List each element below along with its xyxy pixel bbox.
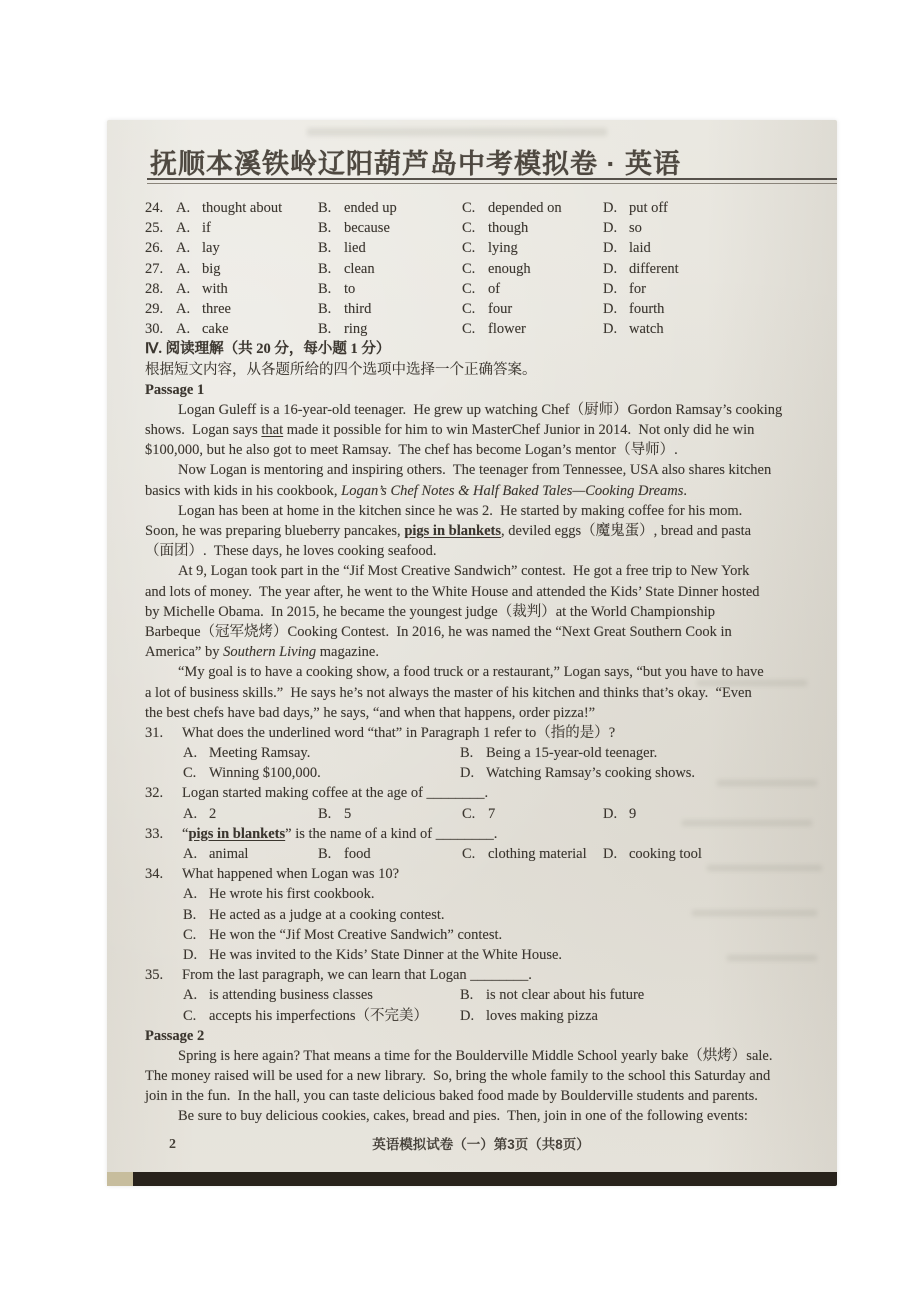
option-cell: C.accepts his imperfections（不完美）	[183, 1006, 460, 1026]
option-letter: B.	[318, 299, 344, 319]
option-letter: C.	[462, 259, 488, 279]
option-cell: A.big	[176, 259, 318, 279]
option-cell: D.laid	[603, 238, 651, 258]
option-letter: A.	[176, 218, 202, 238]
option-cell: A.lay	[176, 238, 318, 258]
option-letter: A.	[183, 804, 209, 824]
option-text: is not clear about his future	[486, 987, 644, 1003]
option-cell: C.lying	[462, 238, 603, 258]
option-letter: D.	[460, 1006, 486, 1026]
question-options-row: A.animalB.foodC.clothing materialD.cooki…	[145, 844, 817, 864]
option-text: He acted as a judge at a cooking contest…	[209, 907, 445, 923]
option-cell: C.depended on	[462, 198, 603, 218]
option-letter: C.	[462, 218, 488, 238]
cloze-row: 25.A.ifB.becauseC.thoughD.so	[145, 218, 817, 238]
page-footer: 2 英语模拟试卷（一）第3页（共8页）	[145, 1135, 817, 1155]
cloze-options-block: 24.A.thought aboutB.ended upC.depended o…	[145, 198, 817, 339]
option-letter: B.	[318, 259, 344, 279]
option-letter: B.	[318, 844, 344, 864]
option-cell: C.of	[462, 279, 603, 299]
option-cell: B.ring	[318, 319, 462, 339]
option-text: with	[202, 281, 228, 297]
question-options-row: C.Winning $100,000.D.Watching Ramsay’s c…	[145, 763, 817, 783]
option-letter: B.	[460, 743, 486, 763]
option-text: food	[344, 846, 371, 862]
passage-line: America” by Southern Living magazine.	[145, 642, 817, 662]
passage1-text: Logan Guleff is a 16-year-old teenager. …	[145, 400, 817, 723]
option-text: depended on	[488, 200, 562, 216]
cloze-row: 30.A.cakeB.ringC.flowerD.watch	[145, 319, 817, 339]
option-letter: D.	[603, 259, 629, 279]
option-letter: A.	[176, 198, 202, 218]
option-text: of	[488, 281, 500, 297]
option-text: cake	[202, 321, 229, 337]
option-letter: D.	[603, 319, 629, 339]
option-letter: B.	[318, 198, 344, 218]
option-text: third	[344, 301, 371, 317]
option-letter: B.	[318, 804, 344, 824]
option-cell: B.food	[318, 844, 462, 864]
section-instruction: 根据短文内容，从各题所给的四个选项中选择一个正确答案。	[145, 360, 817, 380]
option-text: four	[488, 301, 512, 317]
option-letter: C.	[462, 279, 488, 299]
option-text: 9	[629, 806, 636, 822]
passage-line: $100,000, but he also got to meet Ramsay…	[145, 440, 817, 460]
option-cell: D.loves making pizza	[460, 1006, 598, 1026]
option-cell: A.Meeting Ramsay.	[183, 743, 460, 763]
option-letter: A.	[176, 238, 202, 258]
option-cell: A.three	[176, 299, 318, 319]
passage-line: a lot of business skills.” He says he’s …	[145, 683, 817, 703]
sheet-body: 24.A.thought aboutB.ended upC.depended o…	[145, 198, 817, 1127]
option-text: cooking tool	[629, 846, 702, 862]
question-number: 24.	[145, 198, 176, 218]
bleed-through-smudge	[307, 128, 607, 136]
option-text: Meeting Ramsay.	[209, 745, 310, 761]
passage-line: At 9, Logan took part in the “Jif Most C…	[145, 561, 817, 581]
passage-line: The money raised will be used for a new …	[145, 1066, 817, 1086]
question-number: 33.	[145, 824, 182, 844]
title-divider-rule	[147, 178, 837, 184]
passage1-label: Passage 1	[145, 380, 817, 400]
footer-caption: 英语模拟试卷（一）第3页（共8页）	[145, 1135, 817, 1155]
question-option-row: A.He wrote his first cookbook.	[145, 884, 817, 904]
option-letter: A.	[183, 743, 209, 763]
option-cell: B.lied	[318, 238, 462, 258]
italic-text: Logan’s Chef Notes & Half Baked Tales—Co…	[341, 483, 683, 499]
question-number: 28.	[145, 279, 176, 299]
option-cell: D.Watching Ramsay’s cooking shows.	[460, 763, 695, 783]
table-edge-chip	[107, 1172, 133, 1186]
option-text: different	[629, 261, 679, 277]
passage-line: by Michelle Obama. In 2015, he became th…	[145, 602, 817, 622]
option-cell: D.put off	[603, 198, 668, 218]
question-number: 30.	[145, 319, 176, 339]
option-letter: A.	[176, 279, 202, 299]
option-letter: D.	[603, 198, 629, 218]
question-options-row: A.is attending business classesB.is not …	[145, 985, 817, 1005]
passage-line: basics with kids in his cookbook, Logan’…	[145, 481, 817, 501]
question-option-row: D.He was invited to the Kids’ State Dinn…	[145, 945, 817, 965]
option-cell: B.to	[318, 279, 462, 299]
option-letter: B.	[183, 905, 209, 925]
option-cell: A.with	[176, 279, 318, 299]
option-text: big	[202, 261, 221, 277]
option-letter: C.	[183, 763, 209, 783]
passage2-text: Spring is here again? That means a time …	[145, 1046, 817, 1127]
passage-line: Logan Guleff is a 16-year-old teenager. …	[145, 400, 817, 420]
option-letter: D.	[603, 279, 629, 299]
passage2-label: Passage 2	[145, 1026, 817, 1046]
option-text: lying	[488, 240, 518, 256]
option-letter: A.	[176, 259, 202, 279]
option-letter: A.	[176, 319, 202, 339]
option-letter: C.	[462, 319, 488, 339]
italic-text: Southern Living	[223, 644, 316, 660]
option-text: enough	[488, 261, 531, 277]
question-options-row: C.accepts his imperfections（不完美）D.loves …	[145, 1006, 817, 1026]
cloze-row: 28.A.withB.toC.ofD.for	[145, 279, 817, 299]
option-cell: D.watch	[603, 319, 664, 339]
option-text: Winning $100,000.	[209, 765, 321, 781]
underlined-text: that	[261, 422, 283, 438]
option-cell: C.though	[462, 218, 603, 238]
option-cell: B.is not clear about his future	[460, 985, 644, 1005]
option-text: if	[202, 220, 211, 236]
passage-line: Logan has been at home in the kitchen si…	[145, 501, 817, 521]
option-text: loves making pizza	[486, 1008, 598, 1024]
option-cell: B.Being a 15-year-old teenager.	[460, 743, 657, 763]
question-number: 25.	[145, 218, 176, 238]
option-text: accepts his imperfections（不完美）	[209, 1008, 428, 1024]
table-edge-band	[107, 1172, 837, 1186]
option-text: put off	[629, 200, 668, 216]
reading-questions-block: 31.What does the underlined word “that” …	[145, 723, 817, 1026]
option-letter: A.	[183, 985, 209, 1005]
option-letter: C.	[462, 238, 488, 258]
option-cell: D.cooking tool	[603, 844, 702, 864]
question-number: 27.	[145, 259, 176, 279]
option-cell: D.so	[603, 218, 642, 238]
exam-sheet-photo: 抚顺本溪铁岭辽阳葫芦岛中考模拟卷 · 英语 24.A.thought about…	[107, 120, 837, 1186]
cloze-row: 29.A.threeB.thirdC.fourD.fourth	[145, 299, 817, 319]
option-letter: A.	[183, 844, 209, 864]
option-cell: C.7	[462, 804, 603, 824]
option-text: He won the “Jif Most Creative Sandwich” …	[209, 927, 502, 943]
option-cell: A.is attending business classes	[183, 985, 460, 1005]
option-letter: D.	[603, 218, 629, 238]
passage-line: Spring is here again? That means a time …	[145, 1046, 817, 1066]
option-letter: A.	[183, 884, 209, 904]
passage-line: Barbeque（冠军烧烤）Cooking Contest. In 2016, …	[145, 622, 817, 642]
option-text: 5	[344, 806, 351, 822]
option-cell: A.if	[176, 218, 318, 238]
section-heading: Ⅳ. 阅读理解（共 20 分，每小题 1 分）	[145, 339, 817, 359]
question-option-row: B.He acted as a judge at a cooking conte…	[145, 905, 817, 925]
option-letter: A.	[176, 299, 202, 319]
option-letter: B.	[318, 319, 344, 339]
option-text: for	[629, 281, 646, 297]
option-letter: C.	[462, 198, 488, 218]
option-cell: B.third	[318, 299, 462, 319]
option-text: clothing material	[488, 846, 587, 862]
option-cell: D.fourth	[603, 299, 664, 319]
passage-line: join in the fun. In the hall, you can ta…	[145, 1086, 817, 1106]
option-letter: C.	[462, 804, 488, 824]
option-letter: B.	[318, 218, 344, 238]
option-text: watch	[629, 321, 664, 337]
passage-line: shows. Logan says that made it possible …	[145, 420, 817, 440]
option-text: 2	[209, 806, 216, 822]
option-text: three	[202, 301, 231, 317]
option-cell: C.four	[462, 299, 603, 319]
passage-line: Soon, he was preparing blueberry pancake…	[145, 521, 817, 541]
option-cell: C.clothing material	[462, 844, 603, 864]
option-text: to	[344, 281, 355, 297]
option-letter: D.	[183, 945, 209, 965]
option-text: flower	[488, 321, 526, 337]
question-number: 31.	[145, 723, 182, 743]
option-text: He was invited to the Kids’ State Dinner…	[209, 947, 562, 963]
question-options-row: A.2B.5C.7D.9	[145, 804, 817, 824]
question-stem: 32.Logan started making coffee at the ag…	[145, 783, 817, 803]
option-letter: C.	[183, 925, 209, 945]
cloze-row: 24.A.thought aboutB.ended upC.depended o…	[145, 198, 817, 218]
option-text: though	[488, 220, 528, 236]
question-stem: 35.From the last paragraph, we can learn…	[145, 965, 817, 985]
option-cell: B.because	[318, 218, 462, 238]
question-stem: 31.What does the underlined word “that” …	[145, 723, 817, 743]
option-cell: B.clean	[318, 259, 462, 279]
question-stem: 34.What happened when Logan was 10?	[145, 864, 817, 884]
question-option-row: C.He won the “Jif Most Creative Sandwich…	[145, 925, 817, 945]
option-cell: B.5	[318, 804, 462, 824]
option-cell: A.cake	[176, 319, 318, 339]
question-number: 29.	[145, 299, 176, 319]
option-text: thought about	[202, 200, 282, 216]
option-letter: B.	[318, 238, 344, 258]
question-stem: 33.“pigs in blankets” is the name of a k…	[145, 824, 817, 844]
option-letter: C.	[462, 299, 488, 319]
option-text: ended up	[344, 200, 397, 216]
passage-line: Be sure to buy delicious cookies, cakes,…	[145, 1106, 817, 1126]
option-cell: A.animal	[183, 844, 318, 864]
option-text: so	[629, 220, 642, 236]
passage-line: “My goal is to have a cooking show, a fo…	[145, 662, 817, 682]
underlined-text: pigs in blankets	[188, 826, 285, 842]
option-text: animal	[209, 846, 248, 862]
option-cell: C.enough	[462, 259, 603, 279]
option-text: laid	[629, 240, 651, 256]
option-letter: B.	[318, 279, 344, 299]
cloze-row: 27.A.bigB.cleanC.enoughD.different	[145, 259, 817, 279]
option-cell: B.ended up	[318, 198, 462, 218]
passage-line: the best chefs have bad days,” he says, …	[145, 703, 817, 723]
option-text: Watching Ramsay’s cooking shows.	[486, 765, 695, 781]
passage-line: （面团）. These days, he loves cooking seafo…	[145, 541, 817, 561]
option-cell: D.9	[603, 804, 636, 824]
option-cell: D.different	[603, 259, 679, 279]
option-letter: D.	[603, 238, 629, 258]
option-letter: C.	[183, 1006, 209, 1026]
option-letter: D.	[460, 763, 486, 783]
option-text: fourth	[629, 301, 664, 317]
option-text: is attending business classes	[209, 987, 373, 1003]
option-cell: C.Winning $100,000.	[183, 763, 460, 783]
question-options-row: A.Meeting Ramsay.B.Being a 15-year-old t…	[145, 743, 817, 763]
option-letter: B.	[460, 985, 486, 1005]
option-text: because	[344, 220, 390, 236]
passage-line: Now Logan is mentoring and inspiring oth…	[145, 460, 817, 480]
option-text: He wrote his first cookbook.	[209, 886, 375, 902]
option-text: Being a 15-year-old teenager.	[486, 745, 657, 761]
option-cell: A.thought about	[176, 198, 318, 218]
option-text: clean	[344, 261, 375, 277]
option-text: lied	[344, 240, 366, 256]
passage-line: and lots of money. The year after, he we…	[145, 582, 817, 602]
option-letter: C.	[462, 844, 488, 864]
underlined-text: pigs in blankets	[404, 523, 501, 539]
page-title: 抚顺本溪铁岭辽阳葫芦岛中考模拟卷 · 英语	[150, 142, 681, 181]
question-number: 34.	[145, 864, 182, 884]
option-cell: D.for	[603, 279, 646, 299]
cloze-row: 26.A.layB.liedC.lyingD.laid	[145, 238, 817, 258]
option-letter: D.	[603, 299, 629, 319]
option-text: ring	[344, 321, 367, 337]
option-cell: C.flower	[462, 319, 603, 339]
option-text: 7	[488, 806, 495, 822]
option-letter: D.	[603, 844, 629, 864]
question-number: 35.	[145, 965, 182, 985]
option-cell: A.2	[183, 804, 318, 824]
question-number: 26.	[145, 238, 176, 258]
option-letter: D.	[603, 804, 629, 824]
option-text: lay	[202, 240, 220, 256]
question-number: 32.	[145, 783, 182, 803]
